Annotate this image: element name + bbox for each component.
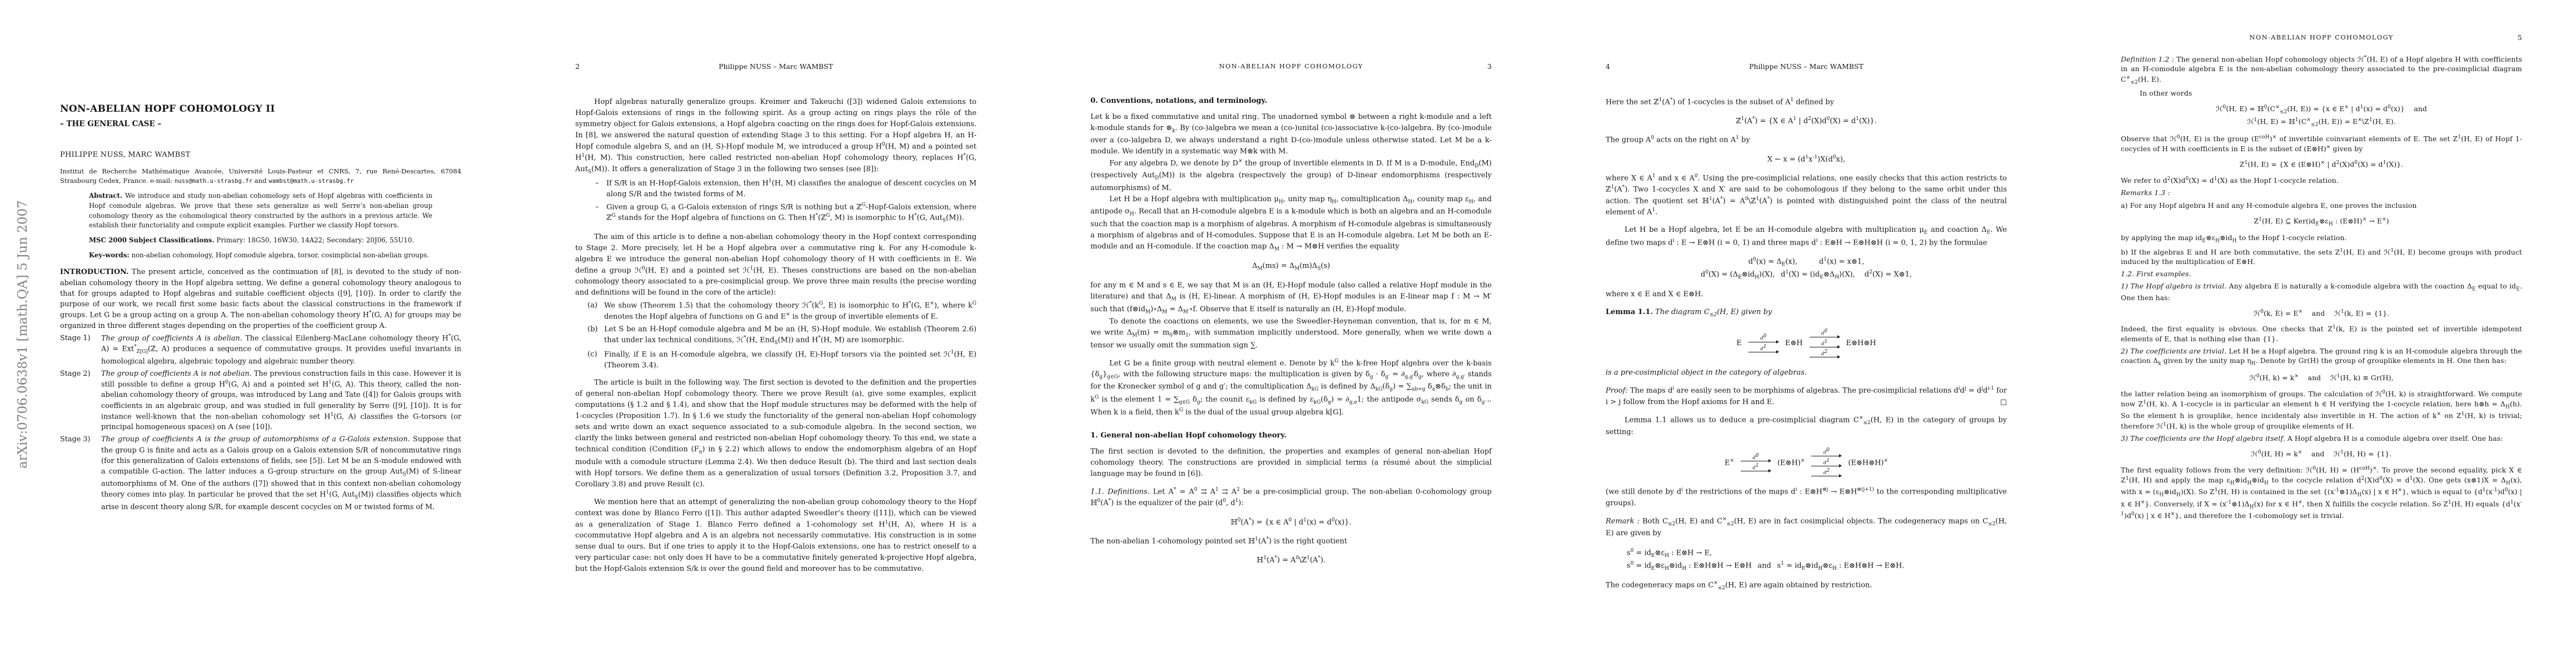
list-item-label: Stage 1) <box>60 333 97 367</box>
paragraph: Let H be a Hopf algebra with multiplicat… <box>1090 194 1492 253</box>
arrow-icon <box>1810 347 1840 347</box>
list-item-text: Given a group G, a G-Galois extension of… <box>606 202 976 225</box>
display-formula: ℍ1(A*) = A0\ℤ1(A*). <box>1090 554 1492 566</box>
arrow-with-label: d1 <box>1741 464 1771 471</box>
display-formula: ℋ0(k, E) = E× and ℋ1(k, E) = {1}. <box>2121 308 2522 320</box>
page-5-header: NON-ABELIAN HOPF COHOMOLOGY 5 <box>2121 33 2522 43</box>
paragraph: We mention here that an attempt of gener… <box>575 497 976 575</box>
paragraph: Hopf algebras naturally generalize group… <box>575 97 976 176</box>
arrow-icon <box>1811 456 1841 456</box>
list-item-label: – <box>595 202 602 225</box>
email-address: wambst@math.u-strasbg.fr <box>268 178 353 185</box>
paper-subtitle: – THE GENERAL CASE – <box>60 120 461 128</box>
arrow-label: d0 <box>1752 454 1758 460</box>
arrow-with-label: d1 <box>1811 459 1841 466</box>
email-address: nuss@math.u-strasbg.fr <box>175 178 252 185</box>
paragraph: The first section is devoted to the defi… <box>1090 446 1492 480</box>
paragraph: The non-abelian 1-cohomology pointed set… <box>1090 536 1492 547</box>
arrow-label: d1 <box>1760 345 1766 351</box>
arrow-label: d2 <box>1823 469 1830 475</box>
diagram-term: (E⊗H)× <box>1777 458 1805 467</box>
display-formula: X ↼ x = (d1x-1)X(d0x), <box>1606 153 2007 166</box>
list-item-label: (b) <box>587 324 601 347</box>
paragraph: Remarks 1.3 : <box>2121 188 2522 198</box>
page-1-content: NON-ABELIAN HOPF COHOMOLOGY II– THE GENE… <box>60 103 461 512</box>
paragraph: (we still denote by di the restrictions … <box>1606 486 2007 509</box>
paragraph: Indeed, the first equality is obvious. O… <box>2121 324 2522 344</box>
display-formula: ℋ0(H, H) = k× and ℋ1(H, H) = {1}. <box>2121 449 2522 460</box>
paragraph: Let H be a Hopf algebra, let E be an H-c… <box>1606 225 2007 248</box>
affiliation: Institut de Recherche Mathématique Avanc… <box>60 167 461 186</box>
paragraph: 1.2. First examples. <box>2121 270 2522 279</box>
paragraph: Lemma 1.1. The diagram C≤2(H, E) given b… <box>1606 307 2007 319</box>
page-number: 3 <box>1487 62 1492 71</box>
arrow-icon <box>1741 471 1771 471</box>
display-formula: ℤ1(A*) = {X ∈ A1 | d2(X)d0(X) = d1(X)}. <box>1606 115 2007 127</box>
diagram-arrows: d0d1 <box>1741 454 1771 472</box>
display-formula: ΔM(ms) = ΔM(m)ΔS(s) <box>1090 261 1492 273</box>
document-canvas: arXiv:0706.0638v1 [math.QA] 5 Jun 2007 N… <box>0 0 2576 667</box>
display-formula: d0(x) = ΔE(x), d1(x) = x⊗1,d0(X) = (ΔE⊗i… <box>1606 256 2007 282</box>
arrow-icon <box>1741 461 1771 461</box>
page-number: 5 <box>2518 33 2522 42</box>
page-number: 2 <box>575 62 580 71</box>
arrow-label: d0 <box>1821 329 1827 336</box>
paragraph: 1) The Hopf algebra is trivial. Any alge… <box>2121 282 2522 302</box>
paragraph: Definition 1.2 : The general non-abelian… <box>2121 54 2522 86</box>
arrow-with-label: d0 <box>1741 454 1771 461</box>
paragraph: where x ∈ E and X ∈ E⊗H. <box>1606 289 2007 300</box>
paragraph: The first equality follows from the very… <box>2121 465 2522 521</box>
diagram-term: E⊗H <box>1785 339 1803 347</box>
page-3-header: NON-ABELIAN HOPF COHOMOLOGY 3 <box>1090 62 1492 72</box>
display-formula: ℍ0(A*) = {x ∈ A0 | d1(x) = d0(x)}. <box>1090 516 1492 529</box>
list-item: Stage 1)The group of coefficients A is a… <box>60 333 461 367</box>
diagram-arrows: d0d1d2 <box>1811 448 1841 476</box>
paragraph: for any m ∈ M and s ∈ E, we say that M i… <box>1090 280 1492 316</box>
arrow-with-label: d0 <box>1810 329 1840 337</box>
paper-title: NON-ABELIAN HOPF COHOMOLOGY II <box>60 103 461 115</box>
arrow-label: d2 <box>1821 350 1827 356</box>
list-item: (b)Let S be an H-Hopf comodule algebra a… <box>575 324 976 347</box>
paragraph: The group A0 acts on the right on A1 by <box>1606 135 2007 146</box>
paragraph: Remark : Both C≤2(H, E) and C×≤2(H, E) a… <box>1606 516 2007 540</box>
page-1: NON-ABELIAN HOPF COHOMOLOGY II– THE GENE… <box>0 0 515 667</box>
paragraph: INTRODUCTION. The present article, conce… <box>60 267 461 331</box>
arrow-icon <box>1811 466 1841 466</box>
arrow-with-label: d1 <box>1810 340 1840 347</box>
list-item-text: The group of coefficients A is not abeli… <box>101 369 461 433</box>
list-item: Stage 3)The group of coefficients A is t… <box>60 434 461 512</box>
diagram-term: (E⊗H⊗H)× <box>1848 458 1888 467</box>
page-2: 2 Philippe NUSS – Marc WAMBST Hopf algeb… <box>515 0 1030 667</box>
paragraph: 2) The coefficients are trivial. Let H b… <box>2121 347 2522 367</box>
front-matter-block: Abstract. We introduce and study non-abe… <box>89 191 432 231</box>
authors: PHILIPPE NUSS, MARC WAMBST <box>60 151 461 159</box>
paragraph: Let k be a fixed commutative and unital … <box>1090 112 1492 158</box>
paragraph: Here the set ℤ1(A*) of 1-cocycles is the… <box>1606 97 2007 108</box>
display-formula: Z1(H, E) ⊆ Ker(idE⊗εH : (E⊗H)× → E×) <box>2121 216 2522 228</box>
paragraph: 1.1. Definitions. Let A* = A0 ⇉ A1 ⇉ A2 … <box>1090 486 1492 509</box>
list-item-label: Stage 2) <box>60 369 97 433</box>
list-item-text: We show (Theorem 1.5) that the cohomolog… <box>604 300 976 322</box>
arrow-label: d1 <box>1821 340 1827 346</box>
paragraph: In other words <box>2121 89 2522 98</box>
running-head: Philippe NUSS – Marc WAMBST <box>575 62 976 71</box>
page-4: 4 Philippe NUSS – Marc WAMBST Here the s… <box>1546 0 2061 667</box>
front-matter-block: Key-words: non-abelian cohomology, Hopf … <box>89 251 432 261</box>
running-head: NON-ABELIAN HOPF COHOMOLOGY <box>1090 62 1492 70</box>
arrow-icon <box>1748 352 1778 352</box>
paragraph: the latter relation being an isomorphism… <box>2121 389 2522 431</box>
paragraph: We refer to d2(X)d0(X) = d1(X) as the Ho… <box>2121 176 2522 186</box>
page-2-header: 2 Philippe NUSS – Marc WAMBST <box>575 62 976 72</box>
list-item-text: The group of coefficients A is abelian. … <box>101 333 461 367</box>
qed-symbol: □ <box>2000 397 2007 408</box>
page-5-content: Definition 1.2 : The general non-abelian… <box>2121 54 2522 521</box>
arrow-with-label: d2 <box>1810 350 1840 357</box>
running-head: NON-ABELIAN HOPF COHOMOLOGY <box>2121 33 2522 41</box>
paragraph: The aim of this article is to define a n… <box>575 232 976 298</box>
list-item-text: If S/R is an H-Hopf-Galois extension, th… <box>606 178 976 200</box>
arrow-with-label: d0 <box>1748 334 1778 342</box>
arrow-icon <box>1810 357 1840 357</box>
list-item-text: Let S be an H-Hopf comodule algebra and … <box>604 324 976 347</box>
display-formula: Z1(H, E) = {X ∈ (E⊗H)× | d2(X)d0(X) = d1… <box>2121 159 2522 171</box>
list-item-text: The group of coefficients A is the group… <box>101 434 461 512</box>
arrow-icon <box>1811 476 1841 476</box>
paragraph: 3) The coefficients are the Hopf algebra… <box>2121 434 2522 444</box>
paragraph: Let G be a finite group with neutral ele… <box>1090 358 1492 418</box>
list-item: Stage 2)The group of coefficients A is n… <box>60 369 461 433</box>
list-item: (a)We show (Theorem 1.5) that the cohomo… <box>575 300 976 322</box>
list-item: (c)Finally, if E is an H-comodule algebr… <box>575 349 976 371</box>
list-item: –Given a group G, a G-Galois extension o… <box>575 202 976 225</box>
page-4-header: 4 Philippe NUSS – Marc WAMBST <box>1606 62 2007 72</box>
paragraph: where X ∈ A1 and x ∈ A0. Using the pre-c… <box>1606 173 2007 218</box>
page-5: NON-ABELIAN HOPF COHOMOLOGY 5 Definition… <box>2061 0 2576 667</box>
list-item-label: – <box>595 178 602 200</box>
paragraph: b) If the algebras E and H are both comm… <box>2121 247 2522 267</box>
page-4-content: Here the set ℤ1(A*) of 1-cocycles is the… <box>1606 97 2007 593</box>
arrow-with-label: d1 <box>1748 345 1778 352</box>
paragraph: The codegeneracy maps on C×≤2(H, E) are … <box>1606 580 2007 593</box>
arrow-with-label: d0 <box>1811 448 1841 456</box>
list-item-label: (a) <box>587 300 601 322</box>
paragraph: a) For any Hopf algebra H and any H-como… <box>2121 201 2522 211</box>
page-3-content: 0. Conventions, notations, and terminolo… <box>1090 97 1492 566</box>
diagram-arrows: d0d1 <box>1748 334 1778 352</box>
arrow-label: d1 <box>1823 459 1830 465</box>
list-item-label: Stage 3) <box>60 434 97 512</box>
paragraph: Proof: The maps di are easily seen to be… <box>1606 385 2007 407</box>
arrow-label: d0 <box>1760 334 1766 341</box>
paragraph: is a pre-cosimplicial object in the cate… <box>1606 367 2007 379</box>
running-head: Philippe NUSS – Marc WAMBST <box>1606 62 2007 71</box>
page-3: NON-ABELIAN HOPF COHOMOLOGY 3 0. Convent… <box>1030 0 1546 667</box>
diagram-term: E⊗H⊗H <box>1846 339 1876 347</box>
paragraph: by applying the map idE⊗εH⊗idH to the Ho… <box>2121 233 2522 245</box>
list-item-text: Finally, if E is an H-comodule algebra, … <box>604 349 976 371</box>
arrow-with-label: d2 <box>1811 469 1841 476</box>
diagram-term: E× <box>1725 458 1734 467</box>
page-2-content: Hopf algebras naturally generalize group… <box>575 97 976 575</box>
diagram-arrows: d0d1d2 <box>1810 329 1840 357</box>
paragraph: Lemma 1.1 allows us to deduce a pre-cosi… <box>1606 415 2007 439</box>
arrow-label: d1 <box>1752 464 1758 470</box>
display-diagram: Ed0d1E⊗Hd0d1d2E⊗H⊗H <box>1606 329 2007 357</box>
paragraph: The article is built in the following wa… <box>575 377 976 490</box>
list-item-label: (c) <box>587 349 601 371</box>
paragraph: To denote the coactions on elements, we … <box>1090 316 1492 351</box>
display-diagram: E×d0d1(E⊗H)×d0d1d2(E⊗H⊗H)× <box>1606 448 2007 476</box>
paragraph: For any algebra D, we denote by D× the g… <box>1090 158 1492 194</box>
display-formula: ℋ0(H, k) = k× and ℋ1(H, k) ≅ Gr(H), <box>2121 372 2522 384</box>
section-heading: 0. Conventions, notations, and terminolo… <box>1090 97 1492 105</box>
diagram-term: E <box>1736 339 1742 347</box>
front-matter-block: MSC 2000 Subject Classifications. Primar… <box>89 236 432 246</box>
paragraph: Observe that ℋ0(H, E) is the group (EcoH… <box>2121 134 2522 155</box>
list-item: –If S/R is an H-Hopf-Galois extension, t… <box>575 178 976 200</box>
arrow-icon <box>1810 337 1840 337</box>
arrow-label: d0 <box>1823 448 1830 455</box>
page-number: 4 <box>1606 62 1610 71</box>
section-heading: 1. General non-abelian Hopf cohomology t… <box>1090 431 1492 440</box>
display-formula: s0 = idE⊗εH : E⊗H → E,s0 = idE⊗εH⊗idH : … <box>1606 547 2007 573</box>
display-formula: ℋ0(H, E) = ℍ0(C×≤2(H, E)) = {x ∈ E× | d1… <box>2121 103 2522 129</box>
arrow-icon <box>1748 342 1778 342</box>
